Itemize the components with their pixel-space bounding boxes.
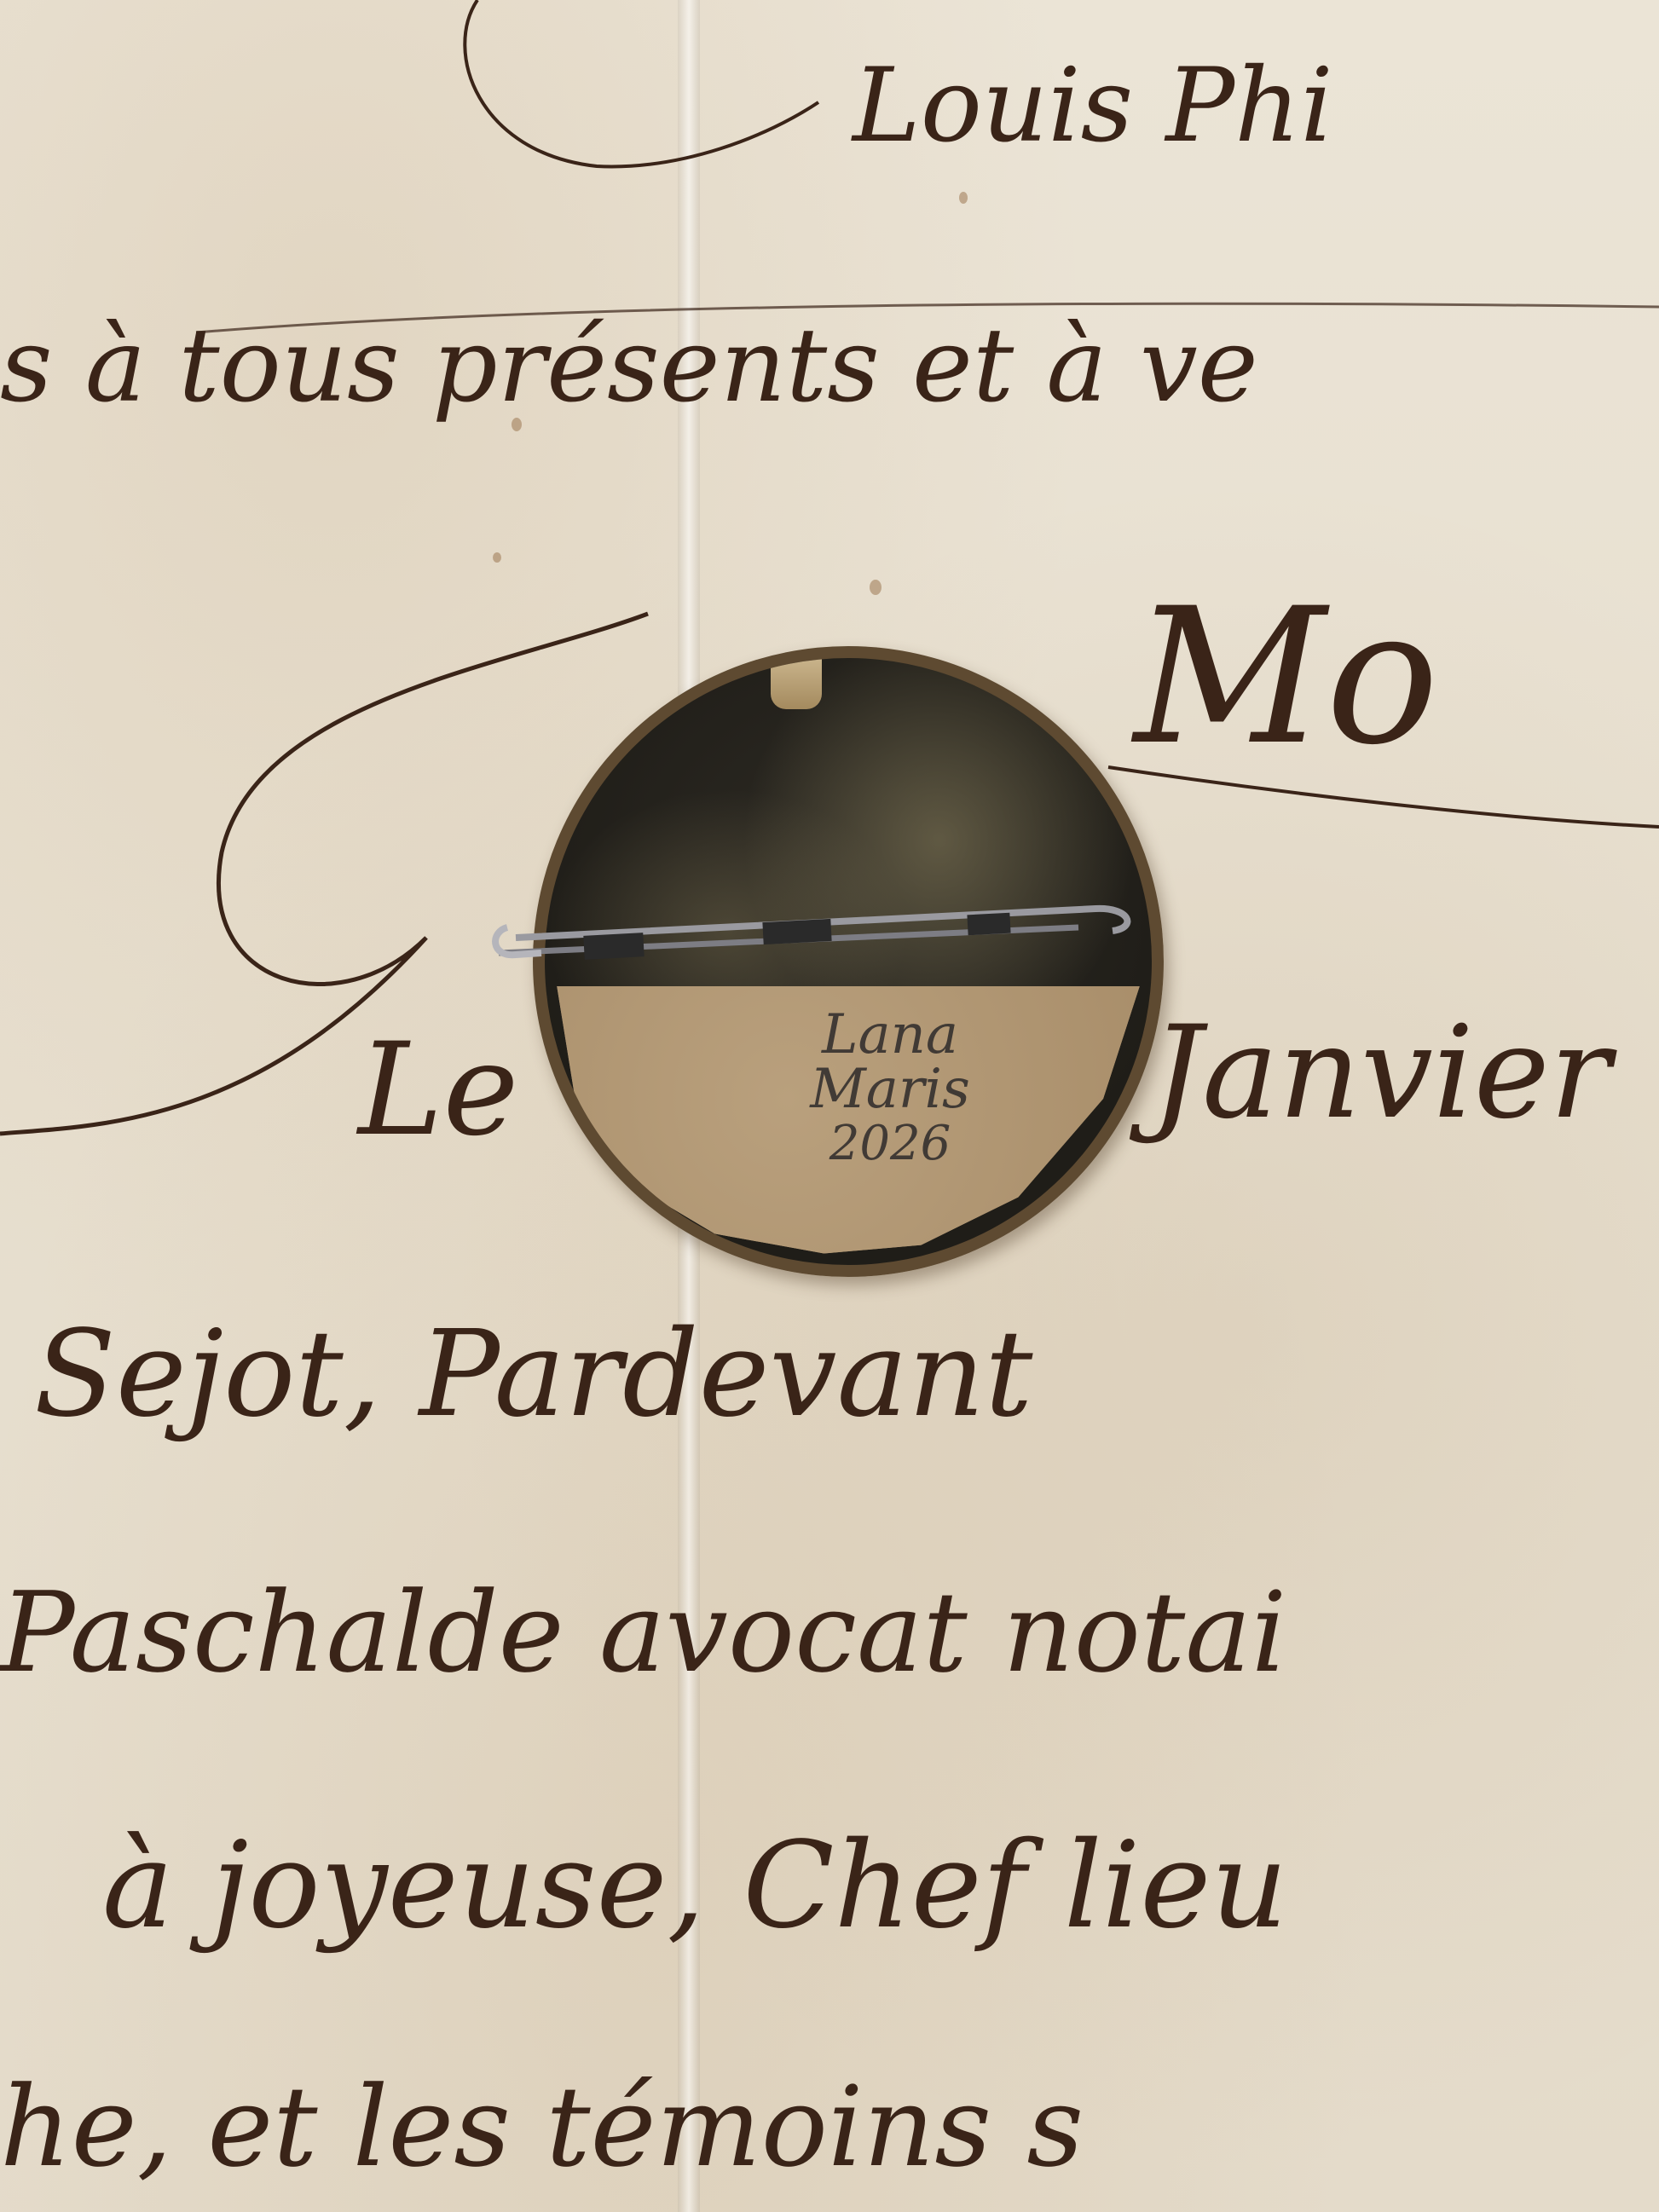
label-line: Lana (749, 1008, 1031, 1062)
manuscript-line: Janvier (1129, 999, 1618, 1147)
pin-clasp (482, 902, 1164, 962)
manuscript-line: Paschalde avocat notai (0, 1568, 1286, 1697)
manuscript-line: he, et les témoins s (0, 2062, 1084, 2192)
bezel-tab (771, 658, 822, 709)
manuscript-line: à joyeuse, Chef lieu (102, 1816, 1288, 1955)
manuscript-line: Mo (1130, 568, 1439, 786)
manuscript-line: Louis Phi (851, 47, 1333, 165)
label-line: 2026 (749, 1117, 1031, 1171)
manuscript-line: s à tous présents et à ve (0, 307, 1258, 425)
brooch: Lana Maris 2026 (533, 646, 1164, 1277)
manuscript-line: Sejot, Pardevant (34, 1305, 1033, 1444)
brooch-backplate: Lana Maris 2026 (545, 658, 1152, 1265)
pencil-inscription: Lana Maris 2026 (749, 1008, 1031, 1171)
photo-scene: Louis Phi s à tous présents et à ve Mo L… (0, 0, 1659, 2212)
manuscript-line: Le (355, 1016, 518, 1164)
label-line: Maris (749, 1062, 1031, 1117)
